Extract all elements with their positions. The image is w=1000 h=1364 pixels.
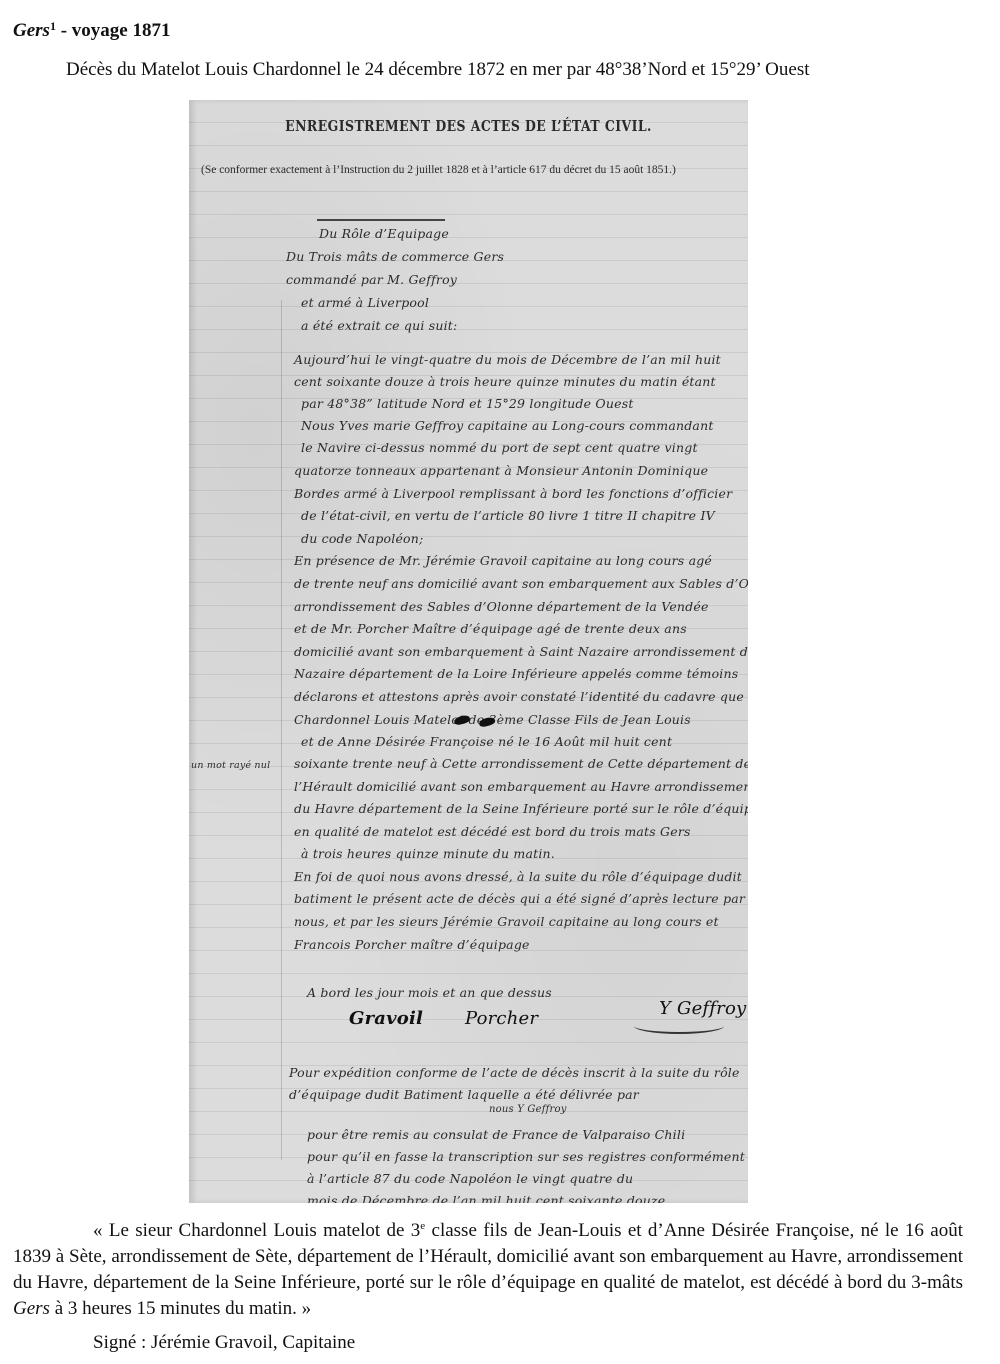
scan-heading: ENREGISTREMENT DES ACTES DE L’ÉTAT CIVIL… (228, 118, 709, 135)
body-line: nous, et par les sieurs Jérémie Gravoil … (294, 914, 719, 929)
body-line: Francois Porcher maître d’équipage (294, 937, 530, 952)
body-line: arrondissement des Sables d’Olonne dépar… (294, 599, 709, 614)
body-line: En présence de Mr. Jérémie Gravoil capit… (294, 553, 712, 568)
body-line: l’Hérault domicilié avant son embarqueme… (294, 779, 748, 794)
expedition-line: d’équipage dudit Batiment laquelle a été… (289, 1087, 639, 1102)
scan-instruction: (Se conformer exactement à l’Instruction… (201, 164, 676, 176)
expedition-line: Pour expédition conforme de l’acte de dé… (289, 1065, 740, 1080)
closing-line: A bord les jour mois et an que dessus (307, 985, 552, 1000)
body-line: de trente neuf ans domicilié avant son e… (294, 576, 748, 591)
body-line: le Navire ci-dessus nommé du port de sep… (301, 440, 698, 455)
preamble-line: Du Trois mâts de commerce Gers (286, 249, 504, 264)
body-line: Aujourd’hui le vingt-quatre du mois de D… (294, 352, 721, 367)
scan-rule (317, 219, 445, 221)
title-voyage: - voyage 1871 (56, 20, 171, 41)
body-line: à trois heures quinze minute du matin. (301, 846, 555, 861)
body-line: du Havre département de la Seine Inférie… (294, 801, 748, 816)
body-line: Nazaire département de la Loire Inférieu… (294, 666, 738, 681)
signature-gravoil: Gravoil (349, 1008, 423, 1029)
body-line: de l’état-civil, en vertu de l’article 8… (301, 508, 715, 523)
expedition-line: nous Y Geffroy (489, 1104, 567, 1115)
body-line: déclarons et attestons après avoir const… (294, 689, 744, 704)
body-line: du code Napoléon; (301, 531, 423, 546)
preamble-line: a été extrait ce qui suit: (301, 318, 457, 333)
margin-note: un mot rayé nul (191, 760, 270, 771)
body-line: soixante trente neuf à Cette arrondissem… (294, 756, 748, 771)
body-line: cent soixante douze à trois heure quinze… (294, 374, 716, 389)
signature-geffroy: Y Geffroy (659, 998, 746, 1019)
body-line: et de Mr. Porcher Maître d’équipage agé … (294, 621, 687, 636)
body-line: et de Anne Désirée Françoise né le 16 Ao… (301, 734, 672, 749)
body-line: en qualité de matelot est décédé est bor… (294, 824, 691, 839)
expedition-line: pour être remis au consulat de France de… (307, 1127, 685, 1142)
body-line: domicilié avant son embarquement à Saint… (294, 644, 748, 659)
preamble-line: Du Rôle d’Equipage (319, 226, 449, 241)
page-subtitle: Décès du Matelot Louis Chardonnel le 24 … (66, 58, 810, 82)
signature-porcher: Porcher (465, 1008, 538, 1029)
page-title: Gers1 - voyage 1871 (13, 14, 170, 43)
body-line: Nous Yves marie Geffroy capitaine au Lon… (301, 418, 714, 433)
body-line: En foi de quoi nous avons dressé, à la s… (294, 869, 742, 884)
expedition-line: à l’article 87 du code Napoléon le vingt… (307, 1171, 633, 1186)
preamble-line: et armé à Liverpool (301, 295, 429, 310)
quote-text: « Le sieur Chardonnel Louis matelot de 3 (93, 1220, 420, 1241)
quote-text: à 3 heures 15 minutes du matin. » (50, 1298, 311, 1319)
signature-flourish (634, 1018, 724, 1034)
body-line: batiment le présent acte de décès qui a … (294, 891, 745, 906)
body-line: quatorze tonneaux appartenant à Monsieur… (294, 463, 708, 478)
body-line: Bordes armé à Liverpool remplissant à bo… (294, 486, 732, 501)
transcription-quote: « Le sieur Chardonnel Louis matelot de 3… (13, 1213, 963, 1322)
expedition-line: pour qu’il en fasse la transcription sur… (307, 1149, 745, 1164)
signed-line: Signé : Jérémie Gravoil, Capitaine (93, 1331, 355, 1355)
ship-name: Gers (13, 20, 50, 41)
scanned-death-record: ENREGISTREMENT DES ACTES DE L’ÉTAT CIVIL… (189, 100, 748, 1203)
body-line: par 48°38” latitude Nord et 15°29 longit… (301, 396, 634, 411)
margin-line (281, 300, 282, 1160)
expedition-line: mois de Décembre de l’an mil huit cent s… (307, 1193, 665, 1203)
quote-ship-name: Gers (13, 1298, 50, 1319)
preamble-line: commandé par M. Geffroy (286, 272, 457, 287)
